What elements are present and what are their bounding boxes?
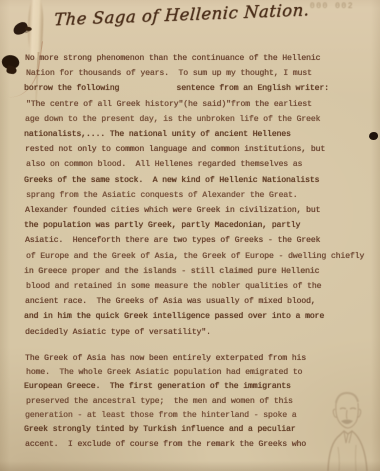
- text-line: rested not only to common language and c…: [25, 142, 377, 157]
- text-line: ancient race. The Greeks of Asia was usu…: [25, 294, 377, 309]
- ink-blot-top-left: [11, 20, 29, 36]
- text-line: and in him the quick Greek intelligence …: [24, 309, 377, 324]
- text-line: home. The whole Greek Asiatic population…: [26, 366, 377, 380]
- text-line: in Greece proper and the islands - still…: [24, 264, 377, 279]
- text-line: Greeks of the same stock. A new kind of …: [24, 173, 377, 188]
- text-line: decidedly Asiatic type of versatility".: [25, 325, 377, 340]
- text-line: No more strong phenomenon than the conti…: [25, 51, 377, 66]
- text-line: Alexander founded cities which were Gree…: [25, 203, 377, 218]
- text-line: also on common blood. All Hellenes regar…: [26, 157, 377, 172]
- text-line: blood and retained in some measure the n…: [26, 279, 377, 294]
- text-line: The Greek of Asia has now been entirely …: [25, 352, 377, 366]
- text-line: nationalists,.... The national unity of …: [24, 127, 377, 142]
- text-line: borrow the following sentence from an En…: [24, 81, 377, 96]
- text-line: of Europe and the Greek of Asia, the Gre…: [26, 249, 377, 264]
- typewritten-document-page: 000 002 The Saga of Hellenic Nation. No …: [0, 0, 380, 471]
- paragraph-1: No more strong phenomenon than the conti…: [25, 51, 377, 340]
- text-line: Asiatic. Henceforth there are two types …: [25, 233, 377, 248]
- text-line: age down to the present day, is the unbr…: [25, 112, 377, 127]
- handwritten-title: The Saga of Hellenic Nation.: [53, 0, 334, 29]
- text-line: the population was partly Greek, partly …: [24, 218, 377, 233]
- text-line: Nation for thousands of years. To sum up…: [26, 66, 377, 81]
- text-line: "The centre of all Greek history"(he sai…: [26, 97, 377, 112]
- ghost-portrait-watermark: [318, 387, 376, 471]
- text-line: sprang from the Asiatic conquests of Ale…: [26, 188, 377, 203]
